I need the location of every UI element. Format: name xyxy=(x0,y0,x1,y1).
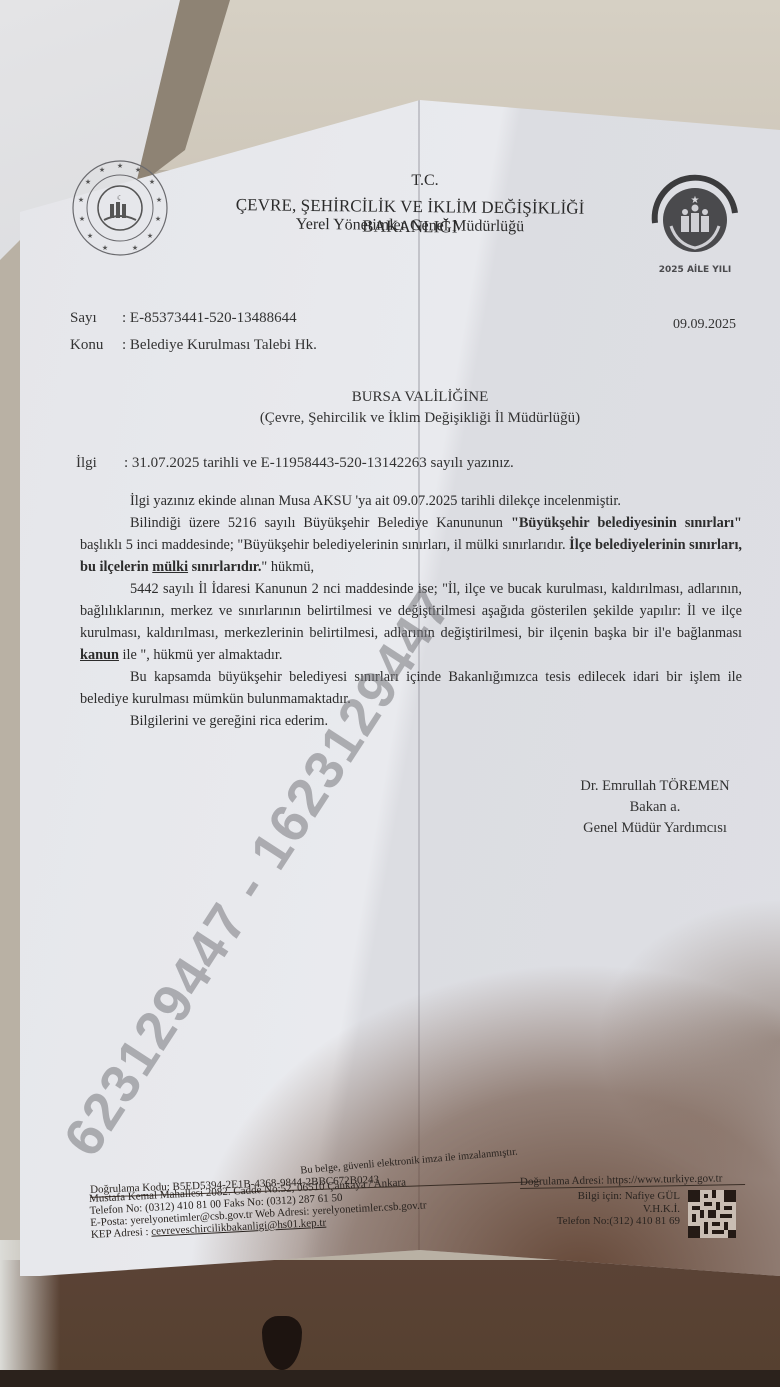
svg-text:★: ★ xyxy=(149,178,155,186)
addressee-title: BURSA VALİLİĞİNE xyxy=(30,389,780,406)
svg-text:★: ★ xyxy=(147,232,153,240)
letter-content: ★★★ ★★★ ★★★ ★★★ ★ ☾ T.C. ÇEVRE, ŞEHİRCİL… xyxy=(0,0,780,1387)
svg-text:★: ★ xyxy=(132,244,138,252)
svg-text:★: ★ xyxy=(102,244,108,252)
document-date: 09.09.2025 xyxy=(673,317,736,333)
body-paragraph-1: İlgi yazınız ekinde alınan Musa AKSU 'ya… xyxy=(80,490,742,512)
body-paragraph-2: Bilindiği üzere 5216 sayılı Büyükşehir B… xyxy=(80,512,742,578)
info-contact-title: V.H.K.İ. xyxy=(540,1203,680,1216)
svg-text:2025 AİLE YILI: 2025 AİLE YILI xyxy=(659,264,731,275)
reference-row: İlgi : 31.07.2025 tarihli ve E-11958443-… xyxy=(76,455,514,472)
svg-text:★: ★ xyxy=(87,232,93,240)
verification-address: Doğrulama Adresi: https://www.turkiye.go… xyxy=(520,1172,745,1189)
svg-text:★: ★ xyxy=(99,166,105,174)
family-year-logo-icon: ★ 2025 AİLE YILI xyxy=(645,168,745,283)
signatory-title: Genel Müdür Yardımcısı xyxy=(560,818,750,839)
signatory-on-behalf: Bakan a. xyxy=(560,797,750,818)
addressee-subtitle: (Çevre, Şehircilik ve İklim Değişikliği … xyxy=(30,410,780,427)
subject-label: Konu xyxy=(70,337,122,354)
svg-text:★: ★ xyxy=(135,166,141,174)
svg-text:★: ★ xyxy=(79,215,85,223)
subject-value: : Belediye Kurulması Talebi Hk. xyxy=(122,337,317,354)
body-paragraph-5: Bilgilerini ve gereğini rica ederim. xyxy=(80,710,742,732)
letterhead-state: T.C. xyxy=(205,172,645,190)
document-number-row: Sayı : E-85373441-520-13488644 xyxy=(70,310,297,327)
ministry-seal-icon: ★★★ ★★★ ★★★ ★★★ ★ ☾ xyxy=(70,158,170,258)
reference-label: İlgi xyxy=(76,455,124,472)
info-contact-block: Bilgi için: Nafiye GÜL V.H.K.İ. Telefon … xyxy=(540,1190,680,1228)
signature-block: Dr. Emrullah TÖREMEN Bakan a. Genel Müdü… xyxy=(560,776,750,839)
subject-row: Konu : Belediye Kurulması Talebi Hk. xyxy=(70,337,317,354)
svg-text:★: ★ xyxy=(78,196,84,204)
qr-code-icon xyxy=(688,1190,736,1238)
document-number-label: Sayı xyxy=(70,310,122,327)
svg-text:★: ★ xyxy=(155,215,161,223)
reference-value: : 31.07.2025 tarihli ve E-11958443-520-1… xyxy=(124,455,514,472)
info-contact-name: Bilgi için: Nafiye GÜL xyxy=(540,1190,680,1203)
svg-text:★: ★ xyxy=(117,162,123,170)
info-contact-phone: Telefon No:(312) 410 81 69 xyxy=(540,1215,680,1228)
document-number-value: : E-85373441-520-13488644 xyxy=(122,310,297,327)
svg-text:★: ★ xyxy=(85,178,91,186)
svg-text:★: ★ xyxy=(691,195,700,206)
svg-text:☾: ☾ xyxy=(117,194,123,202)
svg-text:★: ★ xyxy=(156,196,162,204)
signatory-name: Dr. Emrullah TÖREMEN xyxy=(560,776,750,797)
